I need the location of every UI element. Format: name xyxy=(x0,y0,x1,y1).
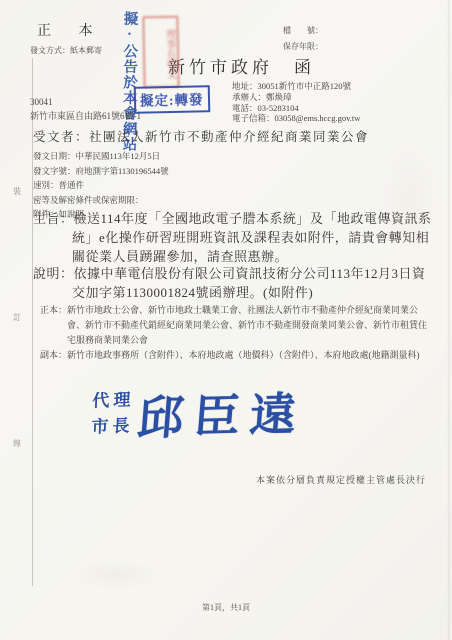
sig-title-char: 市 xyxy=(91,412,109,438)
file-number-label: 檔 號： xyxy=(283,25,323,36)
sender-info-block: 地址：30051新竹市中正路120號 承辦人：鄭煥璋 電話：03-5283104… xyxy=(232,81,360,124)
sig-title-char: 理 xyxy=(113,385,131,411)
page-number: 第1頁，共1頁 xyxy=(0,602,452,613)
sender-contact: 承辦人：鄭煥璋 xyxy=(232,92,360,103)
sender-phone: 電話：03-5283104 xyxy=(232,103,360,114)
recipient-address: 新竹市東區自由路61號6樓-1 xyxy=(30,109,141,122)
reference-number-line: 發文字號：府地測字第1130196544號 xyxy=(33,164,169,179)
signature-title: 代 理 市 長 xyxy=(91,385,131,437)
authorization-note: 本案依分層負責規定授權主管處長決行 xyxy=(256,473,426,486)
decision-stamp: 擬定:轉發 xyxy=(134,85,210,114)
distribution-block: 正本：新竹市地政士公會、新竹市地政士職業工會、社團法人新竹市不動產仲介經紀商業同… xyxy=(40,303,432,363)
issue-date-line: 發文日期：中華民國113年12月5日 xyxy=(33,149,169,164)
binding-mark-zhuang: 裝 xyxy=(13,186,21,197)
sig-title-char: 長 xyxy=(112,411,130,437)
binding-mark-ding: 訂 xyxy=(13,312,21,323)
original-recipients: 正本：新竹市地政士公會、新竹市地政士職業工會、社團法人新竹市不動產仲介經紀商業同… xyxy=(40,303,432,348)
delivery-method: 發文方式：紙本郵寄 xyxy=(30,45,102,56)
subject-paragraph: 主旨：檢送114年度「全國地政電子謄本系統」及「地政電傳資訊系統」e化操作研習班… xyxy=(33,209,437,266)
sig-title-char: 代 xyxy=(92,386,110,412)
recipient-name: 受文者：社團法人新竹市不動產仲介經紀商業同業公會 xyxy=(33,127,369,145)
description-paragraph: 說明：依據中華電信股份有限公司資訊技術分公司113年12月3日資交加字第1130… xyxy=(33,264,437,302)
mayor-signature: 代 理 市 長 邱臣遠 xyxy=(92,380,306,446)
classification-line: 密等及解密條件或保密期限： xyxy=(33,193,169,208)
priority-line: 速別：普通件 xyxy=(33,178,169,193)
copy-type-label: 正 本 xyxy=(37,20,105,40)
recipient-zip: 30041 xyxy=(30,97,53,107)
sender-email: 電子信箱：03058@ems.hccg.gov.tw xyxy=(232,113,360,124)
copy-recipients: 副本：新竹市地政事務所（含附件）、本府地政處（地價科）（含附件）、本府地政處(地… xyxy=(40,348,432,363)
document-title: 新竹市政府 函 xyxy=(168,53,315,78)
receive-stamp: 理事長收文 xyxy=(142,16,179,89)
retention-period-label: 保存年限： xyxy=(283,41,323,52)
signature-name: 邱臣遠 xyxy=(135,378,309,448)
sender-address: 地址：30051新竹市中正路120號 xyxy=(232,81,360,92)
scan-smudge xyxy=(70,560,160,590)
scanned-official-letter: 裝 訂 線 正 本 發文方式：紙本郵寄 檔 號： 保存年限： 新竹市政府 函 擬… xyxy=(0,0,452,640)
binding-mark-xian: 線 xyxy=(13,438,21,449)
